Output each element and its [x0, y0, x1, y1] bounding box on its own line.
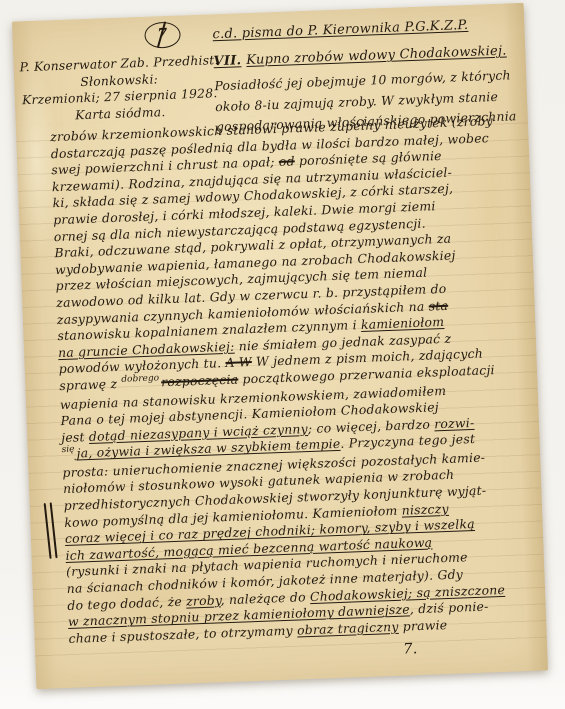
margin-emphasis-mark: [44, 502, 60, 559]
sender-block: P. Konserwator Zab. Przedhist.Słonkowski…: [19, 52, 219, 125]
underlined-text: niszczy: [401, 501, 449, 518]
section-heading: VII.Kupno zrobów wdowy Chodakowskiej.: [213, 43, 523, 69]
manuscript-page: 7 c.d. pisma do P. Kierownika P.G.K.Z.P.…: [12, 3, 548, 689]
text-segment: Karta siódma.: [75, 105, 166, 122]
struck-text: sta: [428, 297, 448, 313]
text-segment: , należące do: [220, 589, 310, 607]
continuation-heading: c.d. pisma do P. Kierownika P.G.K.Z.P.: [212, 16, 512, 42]
text-segment: , dziś ponie-: [410, 599, 489, 617]
underlined-text: kamieniołom: [361, 314, 445, 332]
underlined-text: zroby: [186, 592, 221, 608]
section-number: VII.: [213, 53, 241, 69]
text-segment: prawie: [398, 617, 447, 634]
struck-text: A W: [225, 354, 252, 370]
inserted-text: się: [61, 445, 74, 455]
page-number-circled: 7: [144, 21, 181, 48]
underlined-text: obraz tragiczny: [297, 619, 399, 638]
struck-text: rozpoczęcia: [161, 371, 239, 389]
text-segment: jest: [61, 429, 89, 445]
footer-page-mark: 7.: [403, 641, 418, 658]
text-segment: sprawę z: [59, 376, 122, 393]
underlined-text: rozwi-: [434, 415, 475, 431]
inserted-text: dobrego: [121, 373, 159, 384]
section-title: Kupno zrobów wdowy Chodakowskiej.: [246, 44, 507, 69]
struck-text: od: [279, 154, 295, 170]
body-text: zrobów krzemionkowskich stanowi prawie z…: [50, 112, 539, 647]
text-segment: Słonkowski:: [80, 72, 158, 89]
